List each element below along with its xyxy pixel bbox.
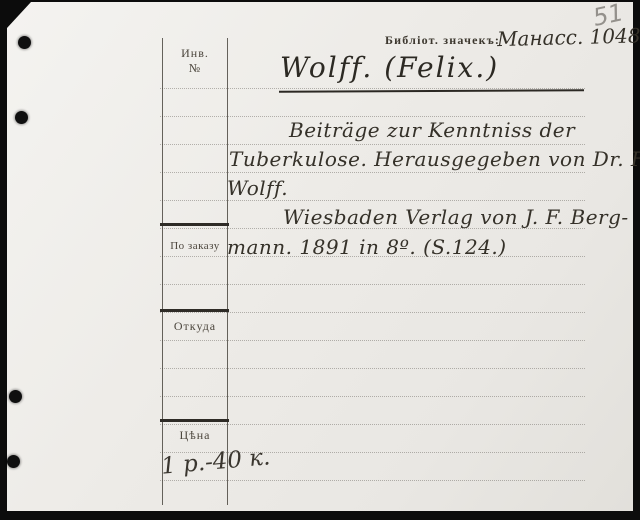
field-label-inventory-number: Инв. № xyxy=(162,46,228,76)
field-label-price: Цѣна xyxy=(162,428,228,443)
section-separator xyxy=(160,419,229,422)
entry-line: Beiträge zur Kenntniss der xyxy=(289,118,575,142)
punch-hole xyxy=(7,455,20,468)
entry-line: Wolff. xyxy=(227,176,288,200)
punch-hole xyxy=(9,390,22,403)
punch-hole xyxy=(18,36,31,49)
punch-hole xyxy=(15,111,28,124)
entry-line: Wiesbaden Verlag von J. F. Berg- xyxy=(283,205,629,229)
field-label-origin: Откуда xyxy=(162,319,228,334)
entry-line: Tuberkulose. Herausgegeben von Dr. Felix xyxy=(229,147,640,171)
section-separator xyxy=(160,223,229,226)
section-separator xyxy=(160,309,229,312)
entry-line: mann. 1891 in 8º. (S.124.) xyxy=(227,235,507,259)
author-heading: Wolff. (Felix.) xyxy=(280,51,499,84)
field-label-order: По заказу xyxy=(162,239,228,254)
library-stamp-label: Библіот. значекъ: xyxy=(385,33,500,48)
